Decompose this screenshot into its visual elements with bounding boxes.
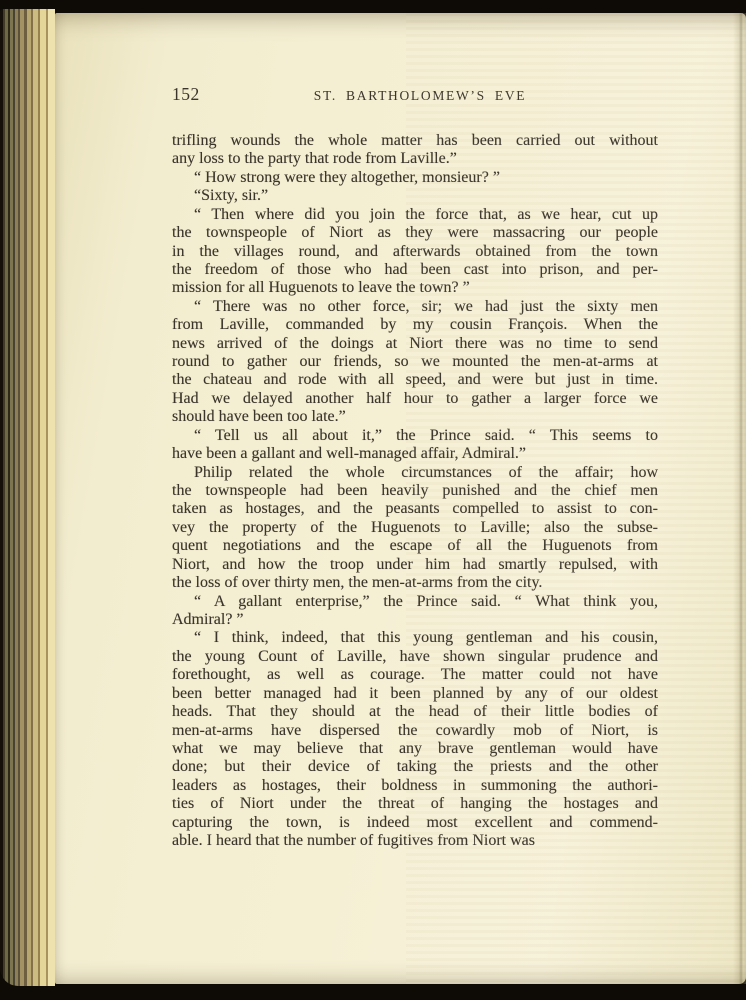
text-line: Admiral? ” [172, 611, 658, 629]
text-line: should have been too late.” [172, 408, 658, 426]
text-line: from Laville, commanded by my cousin Fra… [172, 316, 658, 334]
text-block: trifling wounds the whole matter has bee… [172, 132, 658, 850]
text-line: ties of Niort under the threat of hangin… [172, 795, 658, 813]
text-line: “ There was no other force, sir; we had … [172, 298, 658, 316]
text-line: the young Count of Laville, have shown s… [172, 648, 658, 666]
book-scan: 152 ST. BARTHOLOMEW’S EVE trifling wound… [0, 0, 746, 1000]
text-line: Philip related the whole circumstances o… [172, 464, 658, 482]
text-line: men-at-arms have dispersed the cowardly … [172, 722, 658, 740]
text-line: mission for all Huguenots to leave the t… [172, 279, 658, 297]
text-line: “ Tell us all about it,” the Prince said… [172, 427, 658, 445]
text-line: trifling wounds the whole matter has bee… [172, 132, 658, 150]
text-line: in the villages round, and afterwards ob… [172, 243, 658, 261]
text-line: the freedom of those who had been cast i… [172, 261, 658, 279]
text-line: “ Then where did you join the force that… [172, 206, 658, 224]
page-right-edge-shading [733, 13, 746, 984]
text-line: able. I heard that the number of fugitiv… [172, 832, 658, 850]
text-line: “ A gallant enterprise,” the Prince said… [172, 593, 658, 611]
text-line: forethought, as well as courage. The mat… [172, 666, 658, 684]
text-line: leaders as hostages, their boldness in s… [172, 777, 658, 795]
page-edge-stripe [48, 9, 55, 986]
book-page: 152 ST. BARTHOLOMEW’S EVE trifling wound… [55, 13, 746, 984]
text-line: Had we delayed another half hour to gath… [172, 390, 658, 408]
text-line: taken as hostages, and the peasants comp… [172, 500, 658, 518]
screenshot-root: { "page": { "number": "152", "running_ti… [0, 0, 746, 1000]
book-page-edges [0, 9, 55, 986]
text-line: “Sixty, sir.” [172, 187, 658, 205]
text-line: heads. That they should at the head of t… [172, 703, 658, 721]
text-line: capturing the town, is indeed most excel… [172, 814, 658, 832]
text-line: the loss of over thirty men, the men-at-… [172, 574, 658, 592]
text-line: have been a gallant and well-managed aff… [172, 445, 658, 463]
page-header: 152 ST. BARTHOLOMEW’S EVE [172, 83, 658, 107]
text-line: any loss to the party that rode from Lav… [172, 150, 658, 168]
text-line: the townspeople had been heavily punishe… [172, 482, 658, 500]
running-title: ST. BARTHOLOMEW’S EVE [182, 88, 658, 104]
text-line: vey the property of the Huguenots to Lav… [172, 519, 658, 537]
text-line: done; but their device of taking the pri… [172, 758, 658, 776]
text-line: what we may believe that any brave gentl… [172, 740, 658, 758]
text-line: the townspeople of Niort as they were ma… [172, 224, 658, 242]
text-line: news arrived of the doings at Niort ther… [172, 335, 658, 353]
text-line: “ I think, indeed, that this young gentl… [172, 629, 658, 647]
text-line: round to gather our friends, so we mount… [172, 353, 658, 371]
text-line: been better managed had it been planned … [172, 685, 658, 703]
text-line: “ How strong were they altogether, monsi… [172, 169, 658, 187]
text-line: Niort, and how the troop under him had s… [172, 556, 658, 574]
text-line: the chateau and rode with all speed, and… [172, 371, 658, 389]
text-line: quent negotiations and the escape of all… [172, 537, 658, 555]
